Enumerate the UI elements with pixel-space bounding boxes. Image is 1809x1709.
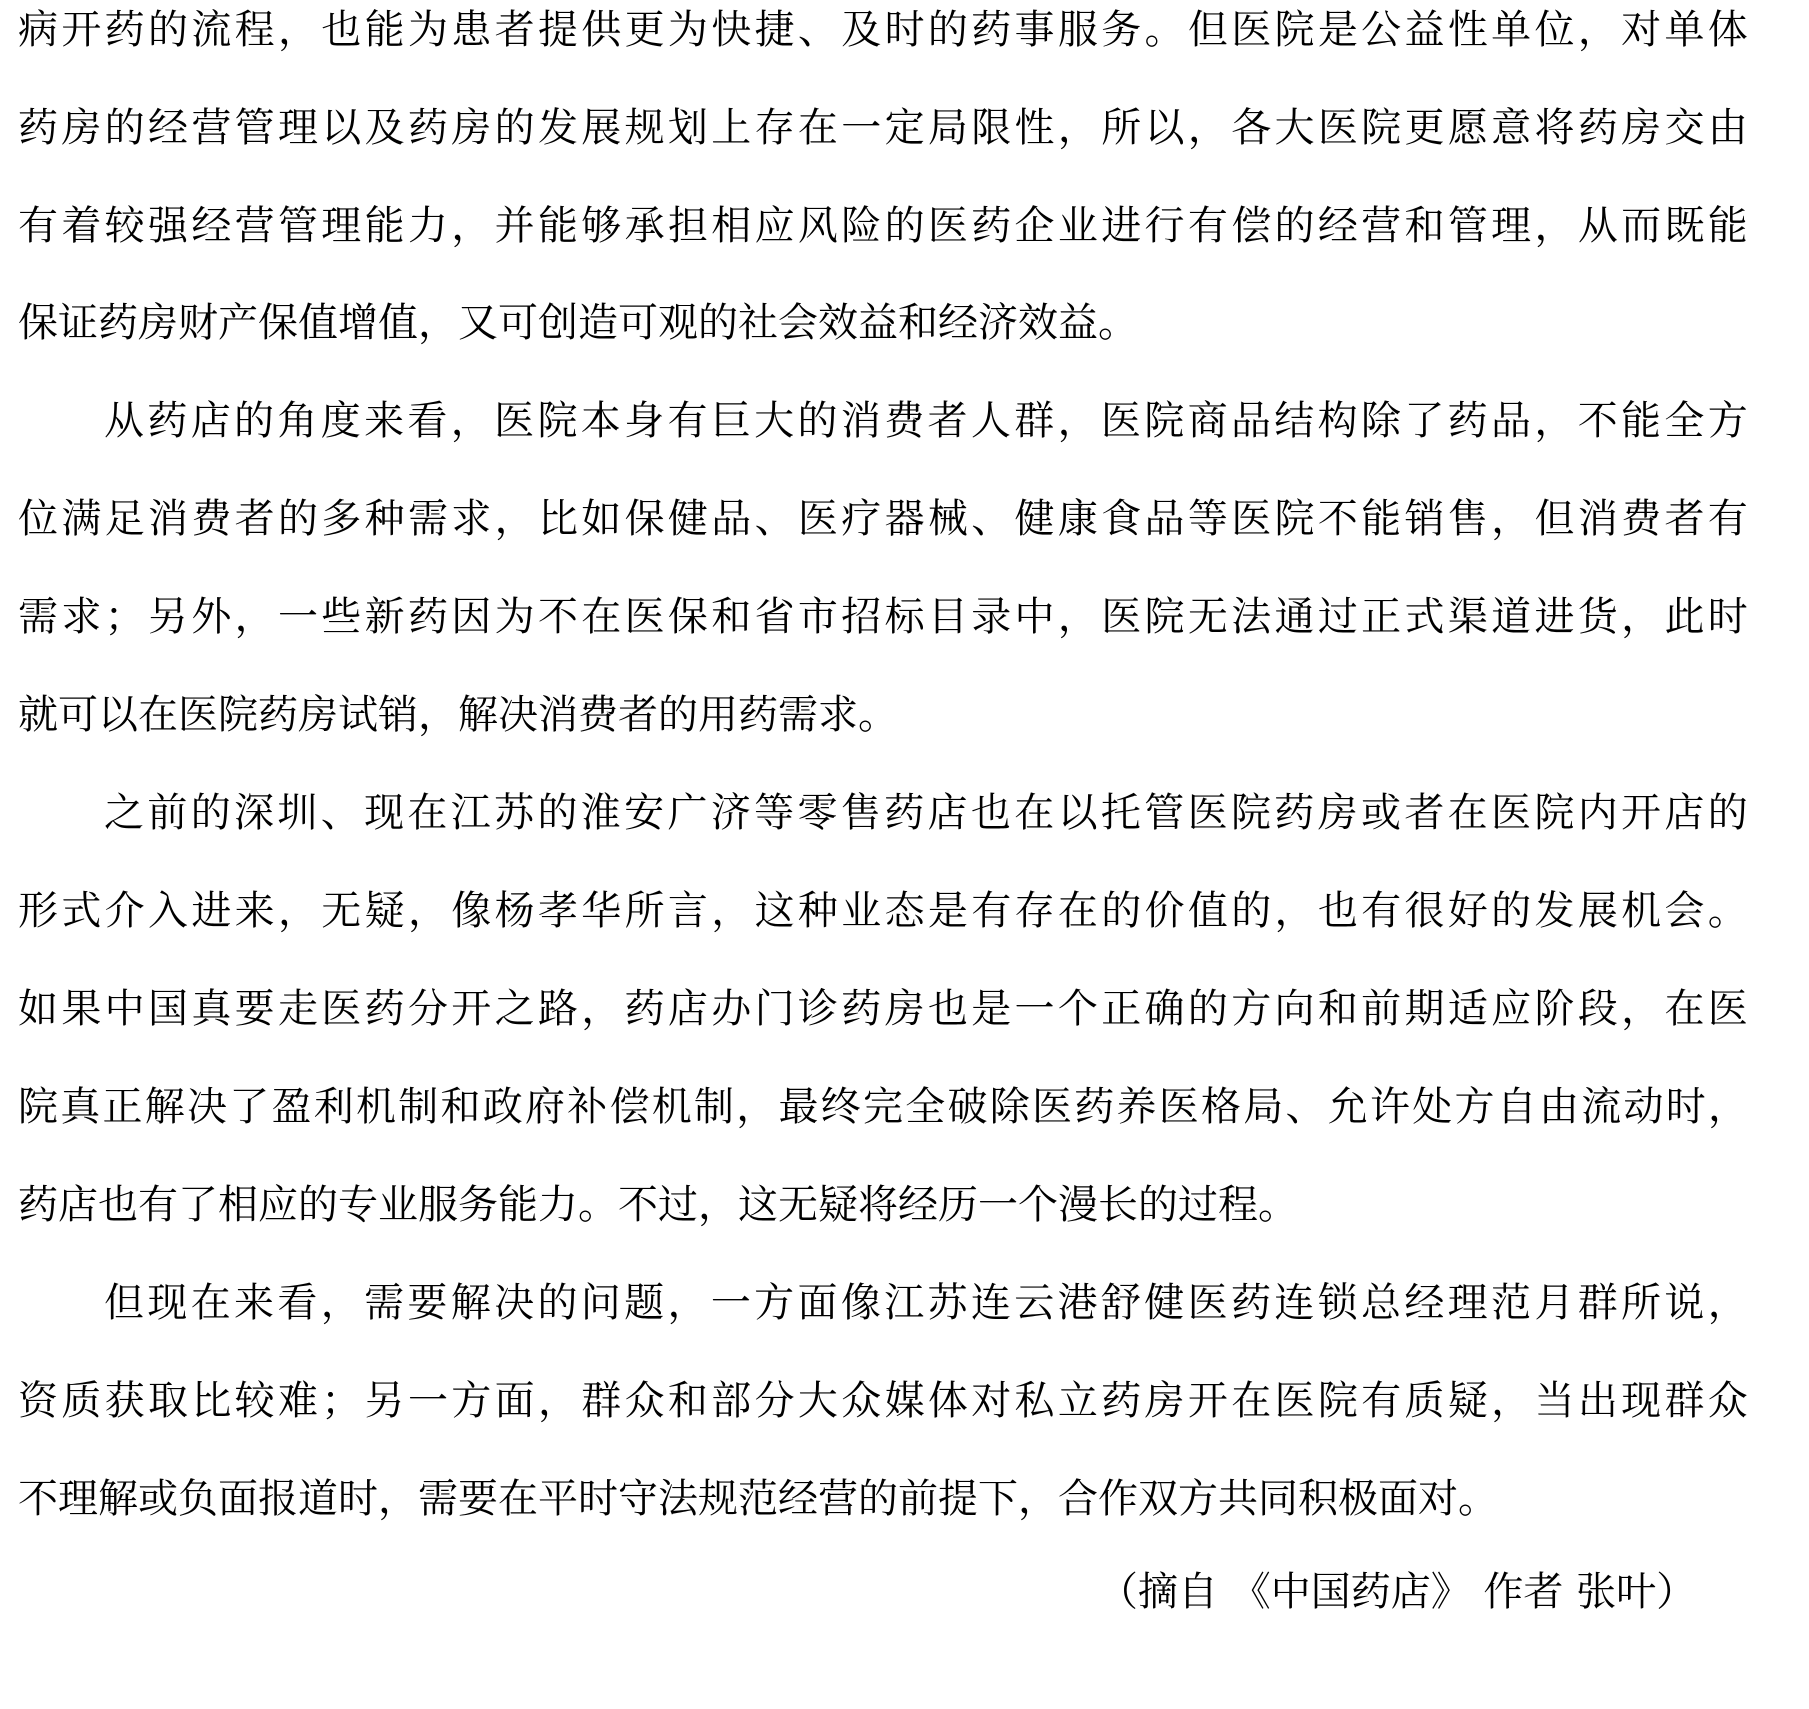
paragraph-4-line-1: 但现在来看，需要解决的问题，一方面像江苏连云港舒健医药连锁总经理范月群所说， bbox=[104, 1273, 1748, 1333]
paragraph-1-line-1: 病开药的流程，也能为患者提供更为快捷、及时的药事服务。但医院是公益性单位，对单体 bbox=[18, 0, 1748, 60]
paragraph-3-line-4: 院真正解决了盈利机制和政府补偿机制，最终完全破除医药养医格局、允许处方自由流动时… bbox=[18, 1077, 1748, 1137]
paragraph-3-line-5: 药店也有了相应的专业服务能力。不过，这无疑将经历一个漫长的过程。 bbox=[18, 1175, 1748, 1235]
paragraph-3-line-1: 之前的深圳、现在江苏的淮安广济等零售药店也在以托管医院药房或者在医院内开店的 bbox=[104, 783, 1748, 843]
paragraph-1-line-3: 有着较强经营管理能力，并能够承担相应风险的医药企业进行有偿的经营和管理，从而既能 bbox=[18, 196, 1748, 256]
paragraph-2-line-3: 需求；另外，一些新药因为不在医保和省市招标目录中，医院无法通过正式渠道进货，此时 bbox=[18, 587, 1748, 647]
source-attribution: （摘自 《中国药店》 作者 张叶） bbox=[1098, 1562, 1738, 1622]
paragraph-3-line-3: 如果中国真要走医药分开之路，药店办门诊药房也是一个正确的方向和前期适应阶段，在医 bbox=[18, 979, 1748, 1039]
paragraph-4-line-3: 不理解或负面报道时，需要在平时守法规范经营的前提下，合作双方共同积极面对。 bbox=[18, 1469, 1748, 1529]
paragraph-4-line-2: 资质获取比较难；另一方面，群众和部分大众媒体对私立药房开在医院有质疑，当出现群众 bbox=[18, 1371, 1748, 1431]
paragraph-1-line-2: 药房的经营管理以及药房的发展规划上存在一定局限性，所以，各大医院更愿意将药房交由 bbox=[18, 98, 1748, 158]
paragraph-2-line-4: 就可以在医院药房试销，解决消费者的用药需求。 bbox=[18, 685, 1748, 745]
document-page: 病开药的流程，也能为患者提供更为快捷、及时的药事服务。但医院是公益性单位，对单体… bbox=[0, 0, 1809, 1709]
paragraph-2-line-2: 位满足消费者的多种需求，比如保健品、医疗器械、健康食品等医院不能销售，但消费者有 bbox=[18, 489, 1748, 549]
paragraph-1-line-4: 保证药房财产保值增值，又可创造可观的社会效益和经济效益。 bbox=[18, 293, 1748, 353]
paragraph-2-line-1: 从药店的角度来看，医院本身有巨大的消费者人群，医院商品结构除了药品，不能全方 bbox=[104, 391, 1748, 451]
paragraph-3-line-2: 形式介入进来，无疑，像杨孝华所言，这种业态是有存在的价值的，也有很好的发展机会。 bbox=[18, 881, 1748, 941]
